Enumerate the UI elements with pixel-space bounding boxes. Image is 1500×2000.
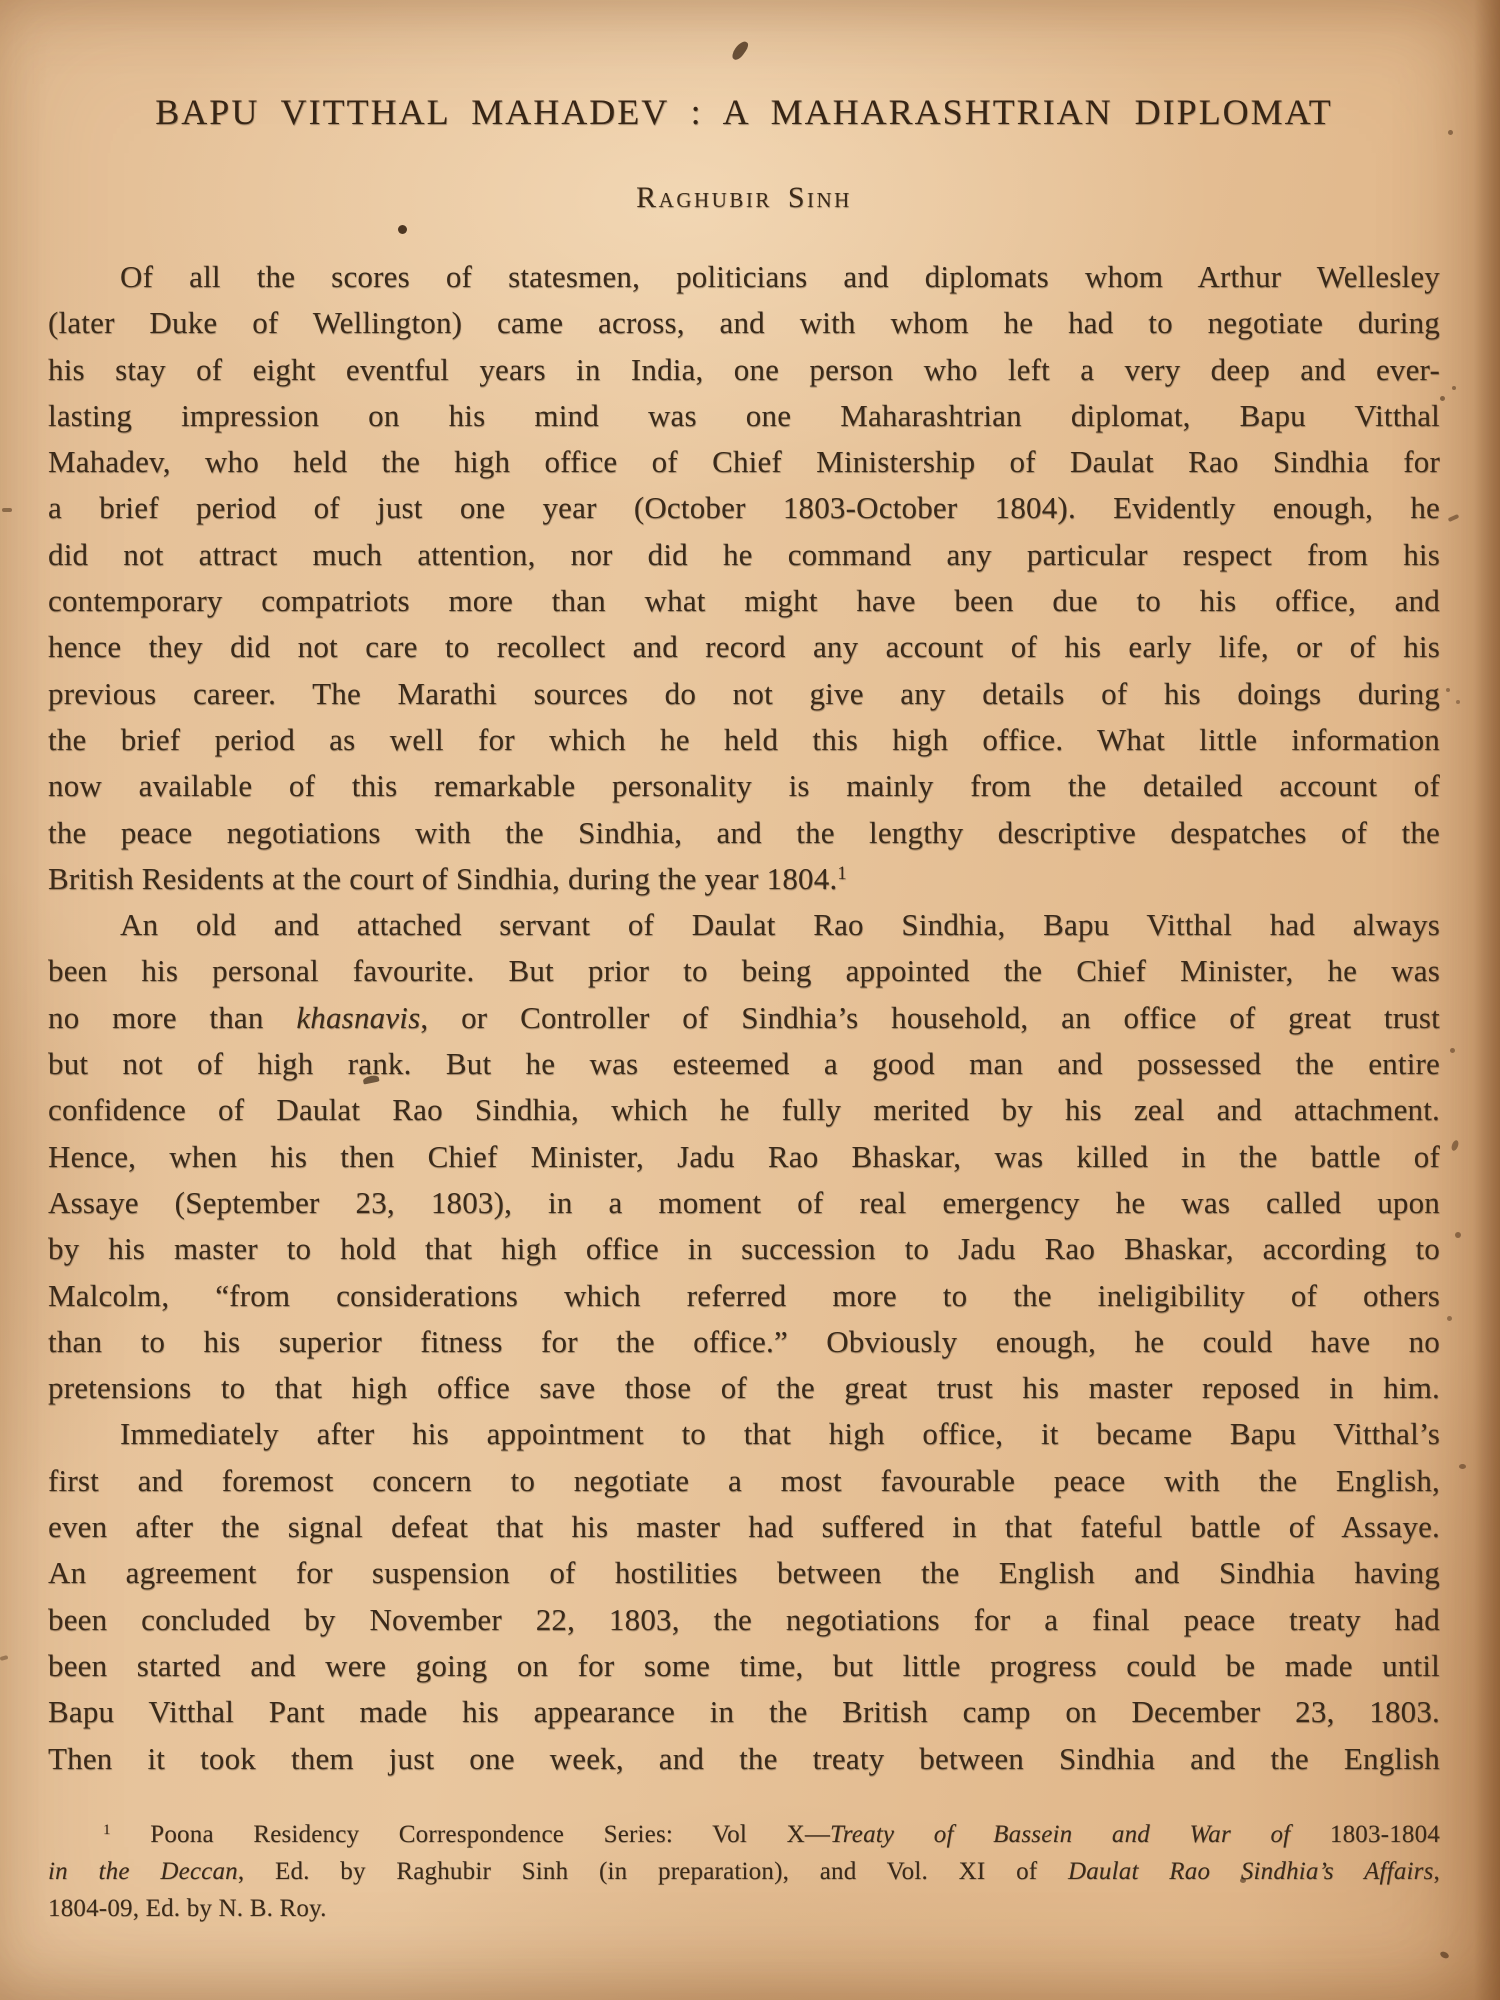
text-line: no more than khasnavis, or Controller of… <box>48 995 1440 1041</box>
text-line: An agreement for suspension of hostiliti… <box>48 1550 1440 1596</box>
ink-mark <box>1439 1951 1449 1959</box>
italic-text: Treaty of Bassein and War of <box>830 1821 1290 1848</box>
text-segment: Bapu Vitthal Pant made his appearance in… <box>48 1694 1440 1729</box>
page-content: BAPU VITTHAL MAHADEV : A MAHARASHTRIAN D… <box>48 88 1440 1927</box>
text-segment: Assaye (September 23, 1803), in a moment… <box>48 1185 1440 1220</box>
text-line: been his personal favourite. But prior t… <box>48 948 1440 994</box>
text-segment: (later Duke of Wellington) came across, … <box>48 305 1440 340</box>
ink-mark <box>1450 1139 1459 1151</box>
scanned-book-page: BAPU VITTHAL MAHADEV : A MAHARASHTRIAN D… <box>0 0 1500 2000</box>
text-line: in the Deccan, Ed. by Raghubir Sinh (in … <box>48 1853 1440 1890</box>
text-line: 1804-09, Ed. by N. B. Roy. <box>48 1890 1440 1927</box>
text-line: Of all the scores of statesmen, politici… <box>48 254 1440 300</box>
text-segment: the peace negotiations with the Sindhia,… <box>48 815 1440 850</box>
text-segment: did not attract much attention, nor did … <box>48 537 1440 572</box>
footnote-reference: 1 <box>103 1822 111 1838</box>
text-line: Assaye (September 23, 1803), in a moment… <box>48 1180 1440 1226</box>
text-segment: been started and were going on for some … <box>48 1648 1440 1683</box>
text-line: Hence, when his then Chief Minister, Jad… <box>48 1134 1440 1180</box>
text-segment: confidence of Daulat Rao Sindhia, which … <box>48 1092 1440 1127</box>
text-segment: Immediately after his appointment to tha… <box>120 1416 1440 1451</box>
text-line: pretensions to that high office save tho… <box>48 1365 1440 1411</box>
text-line: Bapu Vitthal Pant made his appearance in… <box>48 1689 1440 1735</box>
text-line: contemporary compatriots more than what … <box>48 578 1440 624</box>
text-line: An old and attached servant of Daulat Ra… <box>48 902 1440 948</box>
text-segment: Of all the scores of statesmen, politici… <box>120 259 1440 294</box>
text-line: been concluded by November 22, 1803, the… <box>48 1597 1440 1643</box>
text-line: his stay of eight eventful years in Indi… <box>48 347 1440 393</box>
text-segment: hence they did not care to recollect and… <box>48 629 1440 664</box>
text-segment: even after the signal defeat that his ma… <box>48 1509 1440 1544</box>
text-segment: lasting impression on his mind was one M… <box>48 398 1440 433</box>
article-title: BAPU VITTHAL MAHADEV : A MAHARASHTRIAN D… <box>48 88 1440 136</box>
text-segment: but not of high rank. But he was esteeme… <box>48 1046 1440 1081</box>
text-line: by his master to hold that high office i… <box>48 1226 1440 1272</box>
text-segment: , <box>1434 1858 1440 1885</box>
text-segment: pretensions to that high office save tho… <box>48 1370 1440 1405</box>
text-segment: Then it took them just one week, and the… <box>48 1741 1440 1776</box>
page-gutter-shadow <box>1474 0 1500 2000</box>
text-line: been started and were going on for some … <box>48 1643 1440 1689</box>
text-segment: his stay of eight eventful years in Indi… <box>48 352 1440 387</box>
text-line: first and foremost concern to negotiate … <box>48 1458 1440 1504</box>
ink-dot <box>1455 1232 1461 1238</box>
text-line: Mahadev, who held the high office of Chi… <box>48 439 1440 485</box>
text-segment: now available of this remarkable persona… <box>48 768 1440 803</box>
text-segment: , or Controller of Sindhia’s household, … <box>420 1000 1440 1035</box>
text-line: lasting impression on his mind was one M… <box>48 393 1440 439</box>
ink-dot <box>1459 1464 1466 1469</box>
text-line: even after the signal defeat that his ma… <box>48 1504 1440 1550</box>
text-line: did not attract much attention, nor did … <box>48 532 1440 578</box>
ink-smudge <box>730 39 750 62</box>
text-segment: An old and attached servant of Daulat Ra… <box>120 907 1440 942</box>
text-segment: the brief period as well for which he he… <box>48 722 1440 757</box>
paragraph: An old and attached servant of Daulat Ra… <box>48 902 1440 1411</box>
text-segment: Malcolm, “from considerations which refe… <box>48 1278 1440 1313</box>
text-line: 1 Poona Residency Correspondence Series:… <box>48 1816 1440 1853</box>
paragraph: Of all the scores of statesmen, politici… <box>48 254 1440 902</box>
ink-dot <box>1446 688 1450 692</box>
ink-dot <box>1448 130 1453 135</box>
ink-dash <box>1448 514 1460 522</box>
text-segment: Mahadev, who held the high office of Chi… <box>48 444 1440 479</box>
text-segment: Hence, when his then Chief Minister, Jad… <box>48 1139 1440 1174</box>
text-line: British Residents at the court of Sindhi… <box>48 856 1440 902</box>
ink-dot <box>1447 1316 1452 1321</box>
ink-dot <box>1452 386 1456 390</box>
text-segment: no more than <box>48 1000 296 1035</box>
text-line: but not of high rank. But he was esteeme… <box>48 1041 1440 1087</box>
article-author: Raghubir Sinh <box>48 180 1440 216</box>
ink-dash <box>0 1655 8 1661</box>
italic-text: in the Deccan <box>48 1858 238 1885</box>
text-segment: British Residents at the court of Sindhi… <box>48 861 837 896</box>
footnote: 1 Poona Residency Correspondence Series:… <box>48 1816 1440 1927</box>
text-line: a brief period of just one year (October… <box>48 485 1440 531</box>
ink-dash <box>2 508 12 512</box>
paragraph: Immediately after his appointment to tha… <box>48 1411 1440 1781</box>
text-segment: 1803-1804 <box>1290 1821 1440 1848</box>
footnote-reference: 1 <box>837 863 847 884</box>
text-line: Then it took them just one week, and the… <box>48 1736 1440 1782</box>
ink-dot <box>1440 396 1445 401</box>
text-line: Malcolm, “from considerations which refe… <box>48 1273 1440 1319</box>
text-segment: An agreement for suspension of hostiliti… <box>48 1555 1440 1590</box>
text-line: now available of this remarkable persona… <box>48 763 1440 809</box>
italic-text: khasnavis <box>296 1000 420 1035</box>
ink-dot <box>1450 1048 1455 1053</box>
text-line: Immediately after his appointment to tha… <box>48 1411 1440 1457</box>
text-line: hence they did not care to recollect and… <box>48 624 1440 670</box>
italic-text: Daulat Rao Sindhia’s Affairs <box>1068 1858 1434 1885</box>
text-line: previous career. The Marathi sources do … <box>48 671 1440 717</box>
text-segment: a brief period of just one year (October… <box>48 490 1440 525</box>
text-segment: 1804-09, Ed. by N. B. Roy. <box>48 1895 327 1922</box>
text-segment: been his personal favourite. But prior t… <box>48 953 1440 988</box>
text-segment: by his master to hold that high office i… <box>48 1231 1440 1266</box>
text-line: the peace negotiations with the Sindhia,… <box>48 810 1440 856</box>
ink-dot <box>1456 700 1460 704</box>
text-line: than to his superior fitness for the off… <box>48 1319 1440 1365</box>
text-segment: contemporary compatriots more than what … <box>48 583 1440 618</box>
text-segment: been concluded by November 22, 1803, the… <box>48 1602 1440 1637</box>
text-line: confidence of Daulat Rao Sindhia, which … <box>48 1087 1440 1133</box>
text-segment: , Ed. by Raghubir Sinh (in preparation),… <box>238 1858 1068 1885</box>
text-segment: Poona Residency Correspondence Series: V… <box>111 1821 830 1848</box>
text-line: the brief period as well for which he he… <box>48 717 1440 763</box>
text-segment: previous career. The Marathi sources do … <box>48 676 1440 711</box>
text-segment: than to his superior fitness for the off… <box>48 1324 1440 1359</box>
text-segment: first and foremost concern to negotiate … <box>48 1463 1440 1498</box>
text-line: (later Duke of Wellington) came across, … <box>48 300 1440 346</box>
article-body: Of all the scores of statesmen, politici… <box>48 254 1440 1782</box>
